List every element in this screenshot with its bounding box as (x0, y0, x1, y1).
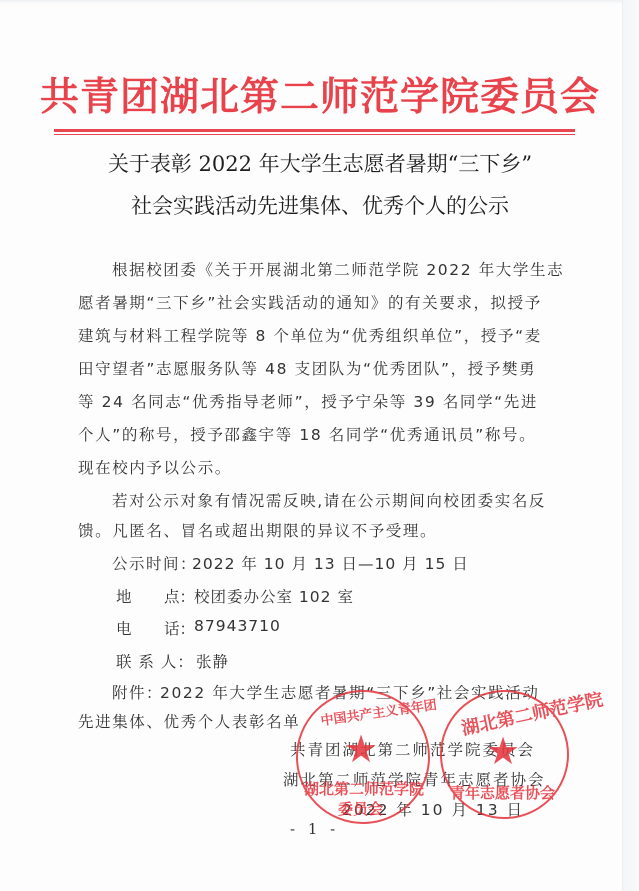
attachment-label: 附件： (112, 681, 163, 703)
body-paragraph-1-line: 愿者暑期“三下乡”社会实践活动的通知》的有关要求，拟授予 (78, 291, 542, 313)
body-paragraph-1-line: 建筑与材料工程学院等 8 个单位为“优秀组织单位”，授予“麦 (78, 324, 542, 346)
seal-bottom-text: 青年志愿者协会 (450, 782, 555, 803)
page-number: - 1 - (290, 820, 339, 838)
location-value: 校团委办公室 102 室 (194, 585, 354, 607)
body-paragraph-1-line: 等 24 名同志“优秀指导老师”，授予宁朵等 39 名同学“先进 (78, 390, 538, 412)
seal-center-line-1: 湖北第二师范学院 (304, 778, 424, 799)
attachment-line-2: 先进集体、优秀个人表彰名单 (78, 710, 300, 732)
document-page: 共青团湖北第二师范学院委员会 关于表彰 2022 年大学生志愿者暑期“三下乡” … (0, 0, 639, 891)
star-icon: ★ (344, 730, 378, 768)
phone-label-char-2: 话： (164, 617, 195, 639)
scan-edge-right (622, 0, 639, 891)
phone-value: 87943710 (194, 617, 281, 635)
body-paragraph-2-line: 馈。凡匿名、冒名或超出期限的异议不予受理。 (78, 519, 437, 541)
location-label-char-2: 点： (164, 585, 195, 607)
body-paragraph-1-line: 现在校内予以公示。 (78, 456, 232, 478)
phone-label-char-1: 电 (116, 617, 132, 639)
seal-arc-text: 中国共产主义青年团 (319, 694, 438, 729)
publicity-time-label: 公示时间： (112, 552, 197, 574)
seal-center-line-2: 委员会 (338, 798, 383, 819)
official-seal-volunteer-association: 湖北第二师范学院 ★ 青年志愿者协会 (440, 690, 569, 819)
body-paragraph-1-line: 根据校团委《关于开展湖北第二师范学院 2022 年大学生志 (112, 258, 564, 280)
body-paragraph-1-line: 个人”的称号，授予邵鑫宇等 18 名同学“优秀通讯员”称号。 (78, 423, 536, 445)
star-icon: ★ (486, 732, 520, 770)
contact-label: 联 系 人： (116, 650, 194, 672)
official-seal-youth-league: 中国共产主义青年团 ★ 湖北第二师范学院 委员会 (296, 690, 430, 824)
body-paragraph-2-line: 若对公示对象有情况需反映,请在公示期间向校团委实名反 (112, 489, 546, 511)
document-title-line-2: 社会实践活动先进集体、优秀个人的公示 (40, 190, 600, 220)
contact-value: 张静 (196, 650, 229, 672)
publicity-time-value: 2022 年 10 月 13 日—10 月 15 日 (192, 552, 469, 574)
document-title-line-1: 关于表彰 2022 年大学生志愿者暑期“三下乡” (40, 148, 600, 178)
masthead-rule-thin (54, 134, 575, 135)
masthead-title: 共青团湖北第二师范学院委员会 (40, 66, 600, 122)
masthead-rule-thick (54, 129, 575, 132)
location-label-char-1: 地 (116, 585, 132, 607)
scan-edge-top (0, 0, 622, 4)
body-paragraph-1-line: 田守望者”志愿服务队等 48 支团队为“优秀团队”，授予樊勇 (78, 357, 536, 379)
